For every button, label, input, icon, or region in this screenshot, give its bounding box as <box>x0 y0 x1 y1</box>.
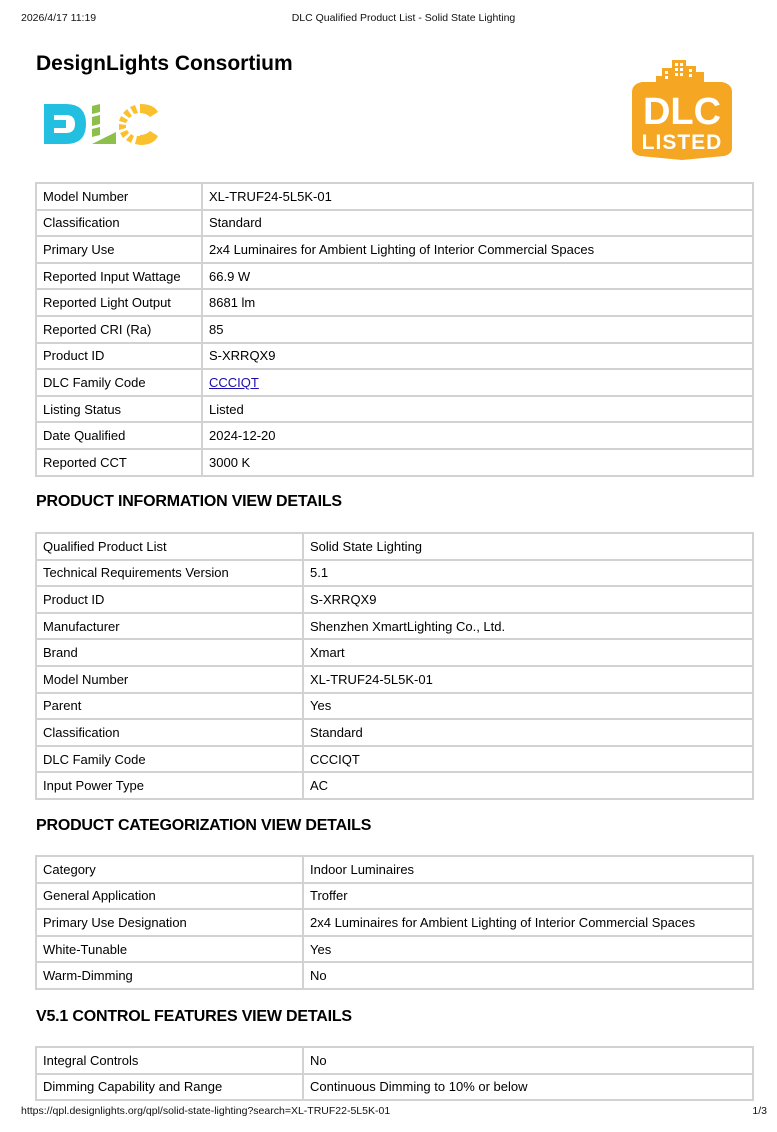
row-label: General Application <box>36 883 303 910</box>
table-row: Reported Input Wattage66.9 W <box>36 263 753 290</box>
table-row: DLC Family CodeCCCIQT <box>36 369 753 396</box>
row-value: 2x4 Luminaires for Ambient Lighting of I… <box>303 909 753 936</box>
table-row: Primary Use2x4 Luminaires for Ambient Li… <box>36 236 753 263</box>
row-value: Standard <box>303 719 753 746</box>
table-row: ClassificationStandard <box>36 719 753 746</box>
dlc-listed-badge-icon: DLC LISTED <box>628 58 736 160</box>
svg-text:LISTED: LISTED <box>642 131 723 154</box>
row-label: Model Number <box>36 183 202 210</box>
row-label: Category <box>36 856 303 883</box>
row-value: CCCIQT <box>202 369 753 396</box>
row-label: White-Tunable <box>36 936 303 963</box>
section-title-product-information: PRODUCT INFORMATION VIEW DETAILS <box>36 493 342 511</box>
footer-page-number: 1/3 <box>752 1105 767 1117</box>
row-label: Qualified Product List <box>36 533 303 560</box>
row-value: S-XRRQX9 <box>303 586 753 613</box>
row-value: No <box>303 962 753 989</box>
row-value: Standard <box>202 210 753 237</box>
row-label: Dimming Capability and Range <box>36 1074 303 1101</box>
row-value: No <box>303 1047 753 1074</box>
row-value: 2x4 Luminaires for Ambient Lighting of I… <box>202 236 753 263</box>
site-title: DesignLights Consortium <box>36 52 293 76</box>
row-value: S-XRRQX9 <box>202 343 753 370</box>
row-value: Continuous Dimming to 10% or below <box>303 1074 753 1101</box>
table-row: Model NumberXL-TRUF24-5L5K-01 <box>36 666 753 693</box>
row-label: DLC Family Code <box>36 746 303 773</box>
row-label: Technical Requirements Version <box>36 560 303 587</box>
row-value: Yes <box>303 693 753 720</box>
product-categorization-table: CategoryIndoor LuminairesGeneral Applica… <box>35 855 754 990</box>
product-information-table: Qualified Product ListSolid State Lighti… <box>35 532 754 800</box>
table-row: Primary Use Designation2x4 Luminaires fo… <box>36 909 753 936</box>
table-row: General ApplicationTroffer <box>36 883 753 910</box>
row-label: Product ID <box>36 343 202 370</box>
table-row: ManufacturerShenzhen XmartLighting Co., … <box>36 613 753 640</box>
section-title-control-features: V5.1 CONTROL FEATURES VIEW DETAILS <box>36 1008 352 1026</box>
table-row: Dimming Capability and RangeContinuous D… <box>36 1074 753 1101</box>
row-value: 8681 lm <box>202 289 753 316</box>
row-value: 2024-12-20 <box>202 422 753 449</box>
row-label: Reported CRI (Ra) <box>36 316 202 343</box>
footer-url: https://qpl.designlights.org/qpl/solid-s… <box>21 1105 390 1117</box>
row-label: Reported Light Output <box>36 289 202 316</box>
printed-page: 2026/4/17 11:19 DLC Qualified Product Li… <box>0 0 777 1132</box>
table-row: Warm-DimmingNo <box>36 962 753 989</box>
row-label: Model Number <box>36 666 303 693</box>
dlc-logo-icon <box>42 100 160 148</box>
row-value: Indoor Luminaires <box>303 856 753 883</box>
family-code-link[interactable]: CCCIQT <box>209 375 259 390</box>
row-value: XL-TRUF24-5L5K-01 <box>202 183 753 210</box>
row-value: Yes <box>303 936 753 963</box>
row-label: Warm-Dimming <box>36 962 303 989</box>
row-label: Primary Use Designation <box>36 909 303 936</box>
table-row: CategoryIndoor Luminaires <box>36 856 753 883</box>
row-label: Brand <box>36 639 303 666</box>
row-label: Integral Controls <box>36 1047 303 1074</box>
row-label: Parent <box>36 693 303 720</box>
row-label: Date Qualified <box>36 422 202 449</box>
table-row: BrandXmart <box>36 639 753 666</box>
row-label: Primary Use <box>36 236 202 263</box>
row-label: Product ID <box>36 586 303 613</box>
section-title-product-categorization: PRODUCT CATEGORIZATION VIEW DETAILS <box>36 817 371 835</box>
table-row: Model NumberXL-TRUF24-5L5K-01 <box>36 183 753 210</box>
row-value: AC <box>303 772 753 799</box>
row-value: 5.1 <box>303 560 753 587</box>
table-row: Date Qualified2024-12-20 <box>36 422 753 449</box>
row-value: 3000 K <box>202 449 753 476</box>
table-row: ClassificationStandard <box>36 210 753 237</box>
table-row: Reported CCT3000 K <box>36 449 753 476</box>
table-row: White-TunableYes <box>36 936 753 963</box>
row-label: Input Power Type <box>36 772 303 799</box>
row-value: CCCIQT <box>303 746 753 773</box>
svg-text:DLC: DLC <box>643 91 721 133</box>
table-row: Reported CRI (Ra)85 <box>36 316 753 343</box>
row-label: Classification <box>36 719 303 746</box>
print-title: DLC Qualified Product List - Solid State… <box>0 12 777 24</box>
table-row: Qualified Product ListSolid State Lighti… <box>36 533 753 560</box>
table-row: ParentYes <box>36 693 753 720</box>
row-value: Troffer <box>303 883 753 910</box>
table-row: Integral ControlsNo <box>36 1047 753 1074</box>
row-label: Reported Input Wattage <box>36 263 202 290</box>
row-value: Listed <box>202 396 753 423</box>
row-value: Solid State Lighting <box>303 533 753 560</box>
row-label: Listing Status <box>36 396 202 423</box>
table-row: Product IDS-XRRQX9 <box>36 343 753 370</box>
row-label: DLC Family Code <box>36 369 202 396</box>
row-value: 66.9 W <box>202 263 753 290</box>
table-row: Technical Requirements Version5.1 <box>36 560 753 587</box>
table-row: DLC Family CodeCCCIQT <box>36 746 753 773</box>
table-row: Input Power TypeAC <box>36 772 753 799</box>
row-value: Shenzhen XmartLighting Co., Ltd. <box>303 613 753 640</box>
row-value: 85 <box>202 316 753 343</box>
summary-table: Model NumberXL-TRUF24-5L5K-01Classificat… <box>35 182 754 477</box>
print-header: 2026/4/17 11:19 DLC Qualified Product Li… <box>0 12 777 26</box>
control-features-table: Integral ControlsNoDimming Capability an… <box>35 1046 754 1101</box>
row-label: Reported CCT <box>36 449 202 476</box>
row-value: Xmart <box>303 639 753 666</box>
table-row: Listing StatusListed <box>36 396 753 423</box>
row-label: Classification <box>36 210 202 237</box>
table-row: Reported Light Output8681 lm <box>36 289 753 316</box>
row-value: XL-TRUF24-5L5K-01 <box>303 666 753 693</box>
table-row: Product IDS-XRRQX9 <box>36 586 753 613</box>
row-label: Manufacturer <box>36 613 303 640</box>
